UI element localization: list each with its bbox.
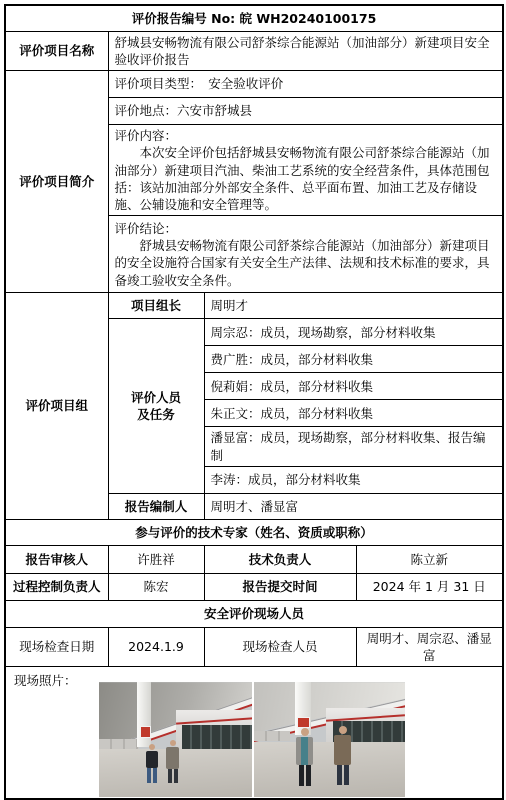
evaluation-content-cell: 评价内容： 本次安全评价包括舒城县安畅物流有限公司舒茶综合能源站（加油部分）新建… <box>108 125 503 216</box>
submit-time-label: 报告提交时间 <box>204 573 356 600</box>
column-sign <box>140 726 151 738</box>
person-figure <box>146 744 158 783</box>
project-name-label: 评价项目名称 <box>5 31 108 71</box>
report-number-header: 评价报告编号 No: 皖 WH20240100175 <box>5 5 503 31</box>
site-photo-right <box>254 682 405 797</box>
person-legs <box>147 768 157 783</box>
person-head <box>301 728 309 736</box>
site-check-staff-label: 现场检查人员 <box>204 627 356 667</box>
project-name-value: 舒城县安畅物流有限公司舒茶综合能源站（加油部分）新建项目安全验收评价报告 <box>108 31 503 71</box>
site-check-date-label: 现场检查日期 <box>5 627 108 667</box>
report-writer-value: 周明才、潘显富 <box>204 493 503 519</box>
tech-lead-label: 技术负责人 <box>204 545 356 573</box>
team-members-label: 评价人员 及任务 <box>108 319 204 494</box>
person-figure <box>296 728 313 786</box>
process-control-label: 过程控制负责人 <box>5 573 108 600</box>
person-torso <box>296 737 313 765</box>
person-torso <box>334 735 351 765</box>
person-legs <box>168 769 178 783</box>
person-torso <box>166 747 179 769</box>
person-torso <box>146 751 158 768</box>
person-figure <box>166 740 179 783</box>
evaluation-content-heading: 评价内容： <box>115 127 497 144</box>
team-member-row: 倪莉娟：成员，部分材料收集 <box>204 373 503 400</box>
experts-section-header: 参与评价的技术专家（姓名、资质或职称） <box>5 519 503 545</box>
evaluation-conclusion-heading: 评价结论： <box>115 220 497 237</box>
person-head <box>339 726 347 734</box>
tech-lead-value: 陈立新 <box>356 545 503 573</box>
team-member-row: 潘显富：成员，现场勘察，部分材料收集、报告编制 <box>204 427 503 467</box>
person-legs <box>337 765 349 785</box>
site-photo-left <box>99 682 252 797</box>
person-head <box>149 744 155 750</box>
site-check-date-value: 2024.1.9 <box>108 627 204 667</box>
site-photos-label: 现场照片： <box>14 672 77 689</box>
evaluation-conclusion-cell: 评价结论： 舒城县安畅物流有限公司舒茶综合能源站（加油部分）新建项目的安全设施符… <box>108 216 503 293</box>
project-team-label: 评价项目组 <box>5 293 108 520</box>
column-sign <box>297 717 310 728</box>
team-leader-value: 周明才 <box>204 293 503 319</box>
background-buildings <box>254 731 290 741</box>
evaluation-conclusion-text: 舒城县安畅物流有限公司舒茶综合能源站（加油部分）新建项目的安全设施符合国家有关安… <box>115 237 497 289</box>
person-head <box>170 740 176 746</box>
team-member-row: 李涛：成员，部分材料收集 <box>204 466 503 493</box>
report-reviewer-value: 许胜祥 <box>108 545 204 573</box>
evaluation-content-text: 本次安全评价包括舒城县安畅物流有限公司舒茶综合能源站（加油部分）新建项目汽油、柴… <box>115 144 497 213</box>
team-member-row: 朱正文：成员，部分材料收集 <box>204 400 503 427</box>
project-intro-label: 评价项目简介 <box>5 71 108 293</box>
site-check-staff-value: 周明才、周宗忍、潘显富 <box>356 627 503 667</box>
forecourt-ground <box>254 742 405 797</box>
report-writer-label: 报告编制人 <box>108 493 204 519</box>
team-members-label-line1: 评价人员 <box>115 389 198 406</box>
site-photos-strip <box>99 682 405 797</box>
site-photos-cell: 现场照片： <box>5 667 503 799</box>
evaluation-report-table: 评价报告编号 No: 皖 WH20240100175 评价项目名称 舒城县安畅物… <box>4 4 504 800</box>
site-staff-section-header: 安全评价现场人员 <box>5 600 503 627</box>
team-member-row: 周宗忍：成员，现场勘察，部分材料收集 <box>204 319 503 346</box>
process-control-value: 陈宏 <box>108 573 204 600</box>
report-reviewer-label: 报告审核人 <box>5 545 108 573</box>
person-legs <box>299 765 311 786</box>
team-members-label-line2: 及任务 <box>115 406 198 423</box>
window-band <box>182 725 252 749</box>
person-figure <box>334 726 351 785</box>
project-type-line: 评价项目类型： 安全验收评价 <box>108 71 503 98</box>
team-leader-label: 项目组长 <box>108 293 204 319</box>
project-location-line: 评价地点：六安市舒城县 <box>108 98 503 125</box>
background-buildings <box>99 739 139 749</box>
submit-time-value: 2024 年 1 月 31 日 <box>356 573 503 600</box>
team-member-row: 费广胜：成员，部分材料收集 <box>204 346 503 373</box>
